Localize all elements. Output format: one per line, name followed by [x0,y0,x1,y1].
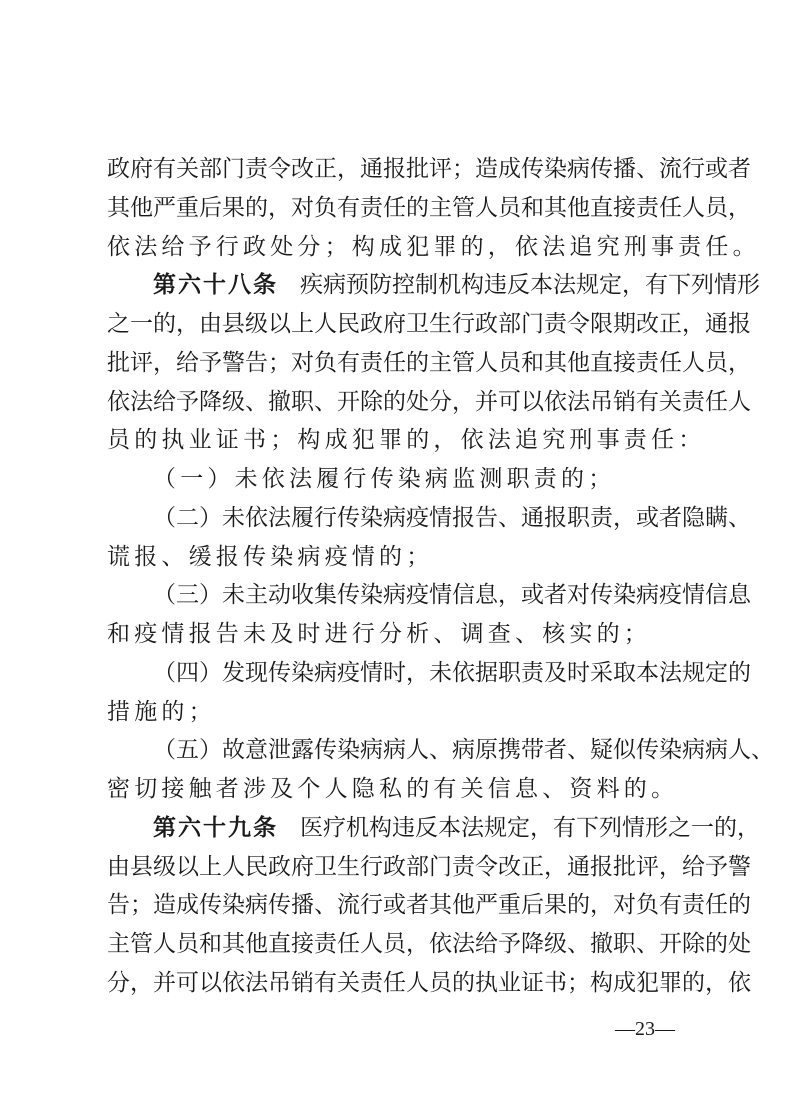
line-text: 措施的； [107,693,216,732]
text-line: 员的执业证书；构成犯罪的，依法追究刑事责任： [107,421,693,460]
text-line: 由县级以上人民政府卫生行政部门责令改正，通报批评，给予警 [107,848,693,887]
line-text: （一）未依法履行传染病监测职责的； [153,460,615,499]
text-line: 批评，给予警告；对负有责任的主管人员和其他直接责任人员， [107,344,693,383]
article-text: 医疗机构违反本法规定，有下列情形之一的， [300,809,760,848]
line-text: 告；造成传染病传播、流行或者其他严重后果的，对负有责任的 [107,886,751,925]
line-text: 密切接触者涉及个人隐私的有关信息、资料的。 [107,770,678,809]
line-text: 员的执业证书；构成犯罪的，依法追究刑事责任： [107,421,705,460]
text-line: （五）故意泄露传染病病人、病原携带者、疑似传染病病人、 [107,731,693,770]
text-line: （一）未依法履行传染病监测职责的； [107,460,693,499]
article-heading: 第六十八条 [153,266,278,305]
document-body: 政府有关部门责令改正，通报批评；造成传染病传播、流行或者其他严重后果的，对负有责… [107,150,693,1003]
text-line: 告；造成传染病传播、流行或者其他严重后果的，对负有责任的 [107,886,693,925]
line-text: 和疫情报告未及时进行分析、调查、核实的； [107,615,651,654]
line-text: 其他严重后果的，对负有责任的主管人员和其他直接责任人员， [107,189,751,228]
line-text: 主管人员和其他直接责任人员，依法给予降级、撤职、开除的处 [107,925,751,964]
text-line: 谎报、缓报传染病疫情的； [107,538,693,577]
text-line: 依法给予行政处分；构成犯罪的，依法追究刑事责任。 [107,228,693,267]
text-line: （二）未依法履行传染病疫情报告、通报职责，或者隐瞒、 [107,499,693,538]
line-text: （二）未依法履行传染病疫情报告、通报职责，或者隐瞒、 [153,499,751,538]
text-line: 之一的，由县级以上人民政府卫生行政部门责令限期改正，通报 [107,305,693,344]
line-text: 之一的，由县级以上人民政府卫生行政部门责令限期改正，通报 [107,305,751,344]
text-line: 主管人员和其他直接责任人员，依法给予降级、撤职、开除的处 [107,925,693,964]
text-line: （四）发现传染病疫情时，未依据职责及时采取本法规定的 [107,654,693,693]
line-text: 由县级以上人民政府卫生行政部门责令改正，通报批评，给予警 [107,848,751,887]
line-text: （三）未主动收集传染病疫情信息，或者对传染病疫情信息 [153,576,751,615]
line-text: （五）故意泄露传染病病人、病原携带者、疑似传染病病人、 [153,731,774,770]
page-number: —23— [600,1018,690,1041]
article-line: 第六十九条医疗机构违反本法规定，有下列情形之一的， [107,809,693,848]
text-line: 和疫情报告未及时进行分析、调查、核实的； [107,615,693,654]
text-line: 密切接触者涉及个人隐私的有关信息、资料的。 [107,770,693,809]
line-text: 批评，给予警告；对负有责任的主管人员和其他直接责任人员， [107,344,751,383]
text-line: 分，并可以依法吊销有关责任人员的执业证书；构成犯罪的，依 [107,964,693,1003]
text-line: 措施的； [107,693,693,732]
text-line: 其他严重后果的，对负有责任的主管人员和其他直接责任人员， [107,189,693,228]
line-text: 分，并可以依法吊销有关责任人员的执业证书；构成犯罪的，依 [107,964,751,1003]
line-text: 依法给予行政处分；构成犯罪的，依法追究刑事责任。 [107,228,760,267]
article-text: 疾病预防控制机构违反本法规定，有下列情形 [300,266,760,305]
text-line: （三）未主动收集传染病疫情信息，或者对传染病疫情信息 [107,576,693,615]
text-line: 政府有关部门责令改正，通报批评；造成传染病传播、流行或者 [107,150,693,189]
line-text: 依法给予降级、撤职、开除的处分，并可以依法吊销有关责任人 [107,383,751,422]
line-text: （四）发现传染病疫情时，未依据职责及时采取本法规定的 [153,654,751,693]
text-line: 依法给予降级、撤职、开除的处分，并可以依法吊销有关责任人 [107,383,693,422]
line-text: 谎报、缓报传染病疫情的； [107,538,433,577]
article-line: 第六十八条疾病预防控制机构违反本法规定，有下列情形 [107,266,693,305]
article-heading: 第六十九条 [153,809,278,848]
line-text: 政府有关部门责令改正，通报批评；造成传染病传播、流行或者 [107,150,751,189]
